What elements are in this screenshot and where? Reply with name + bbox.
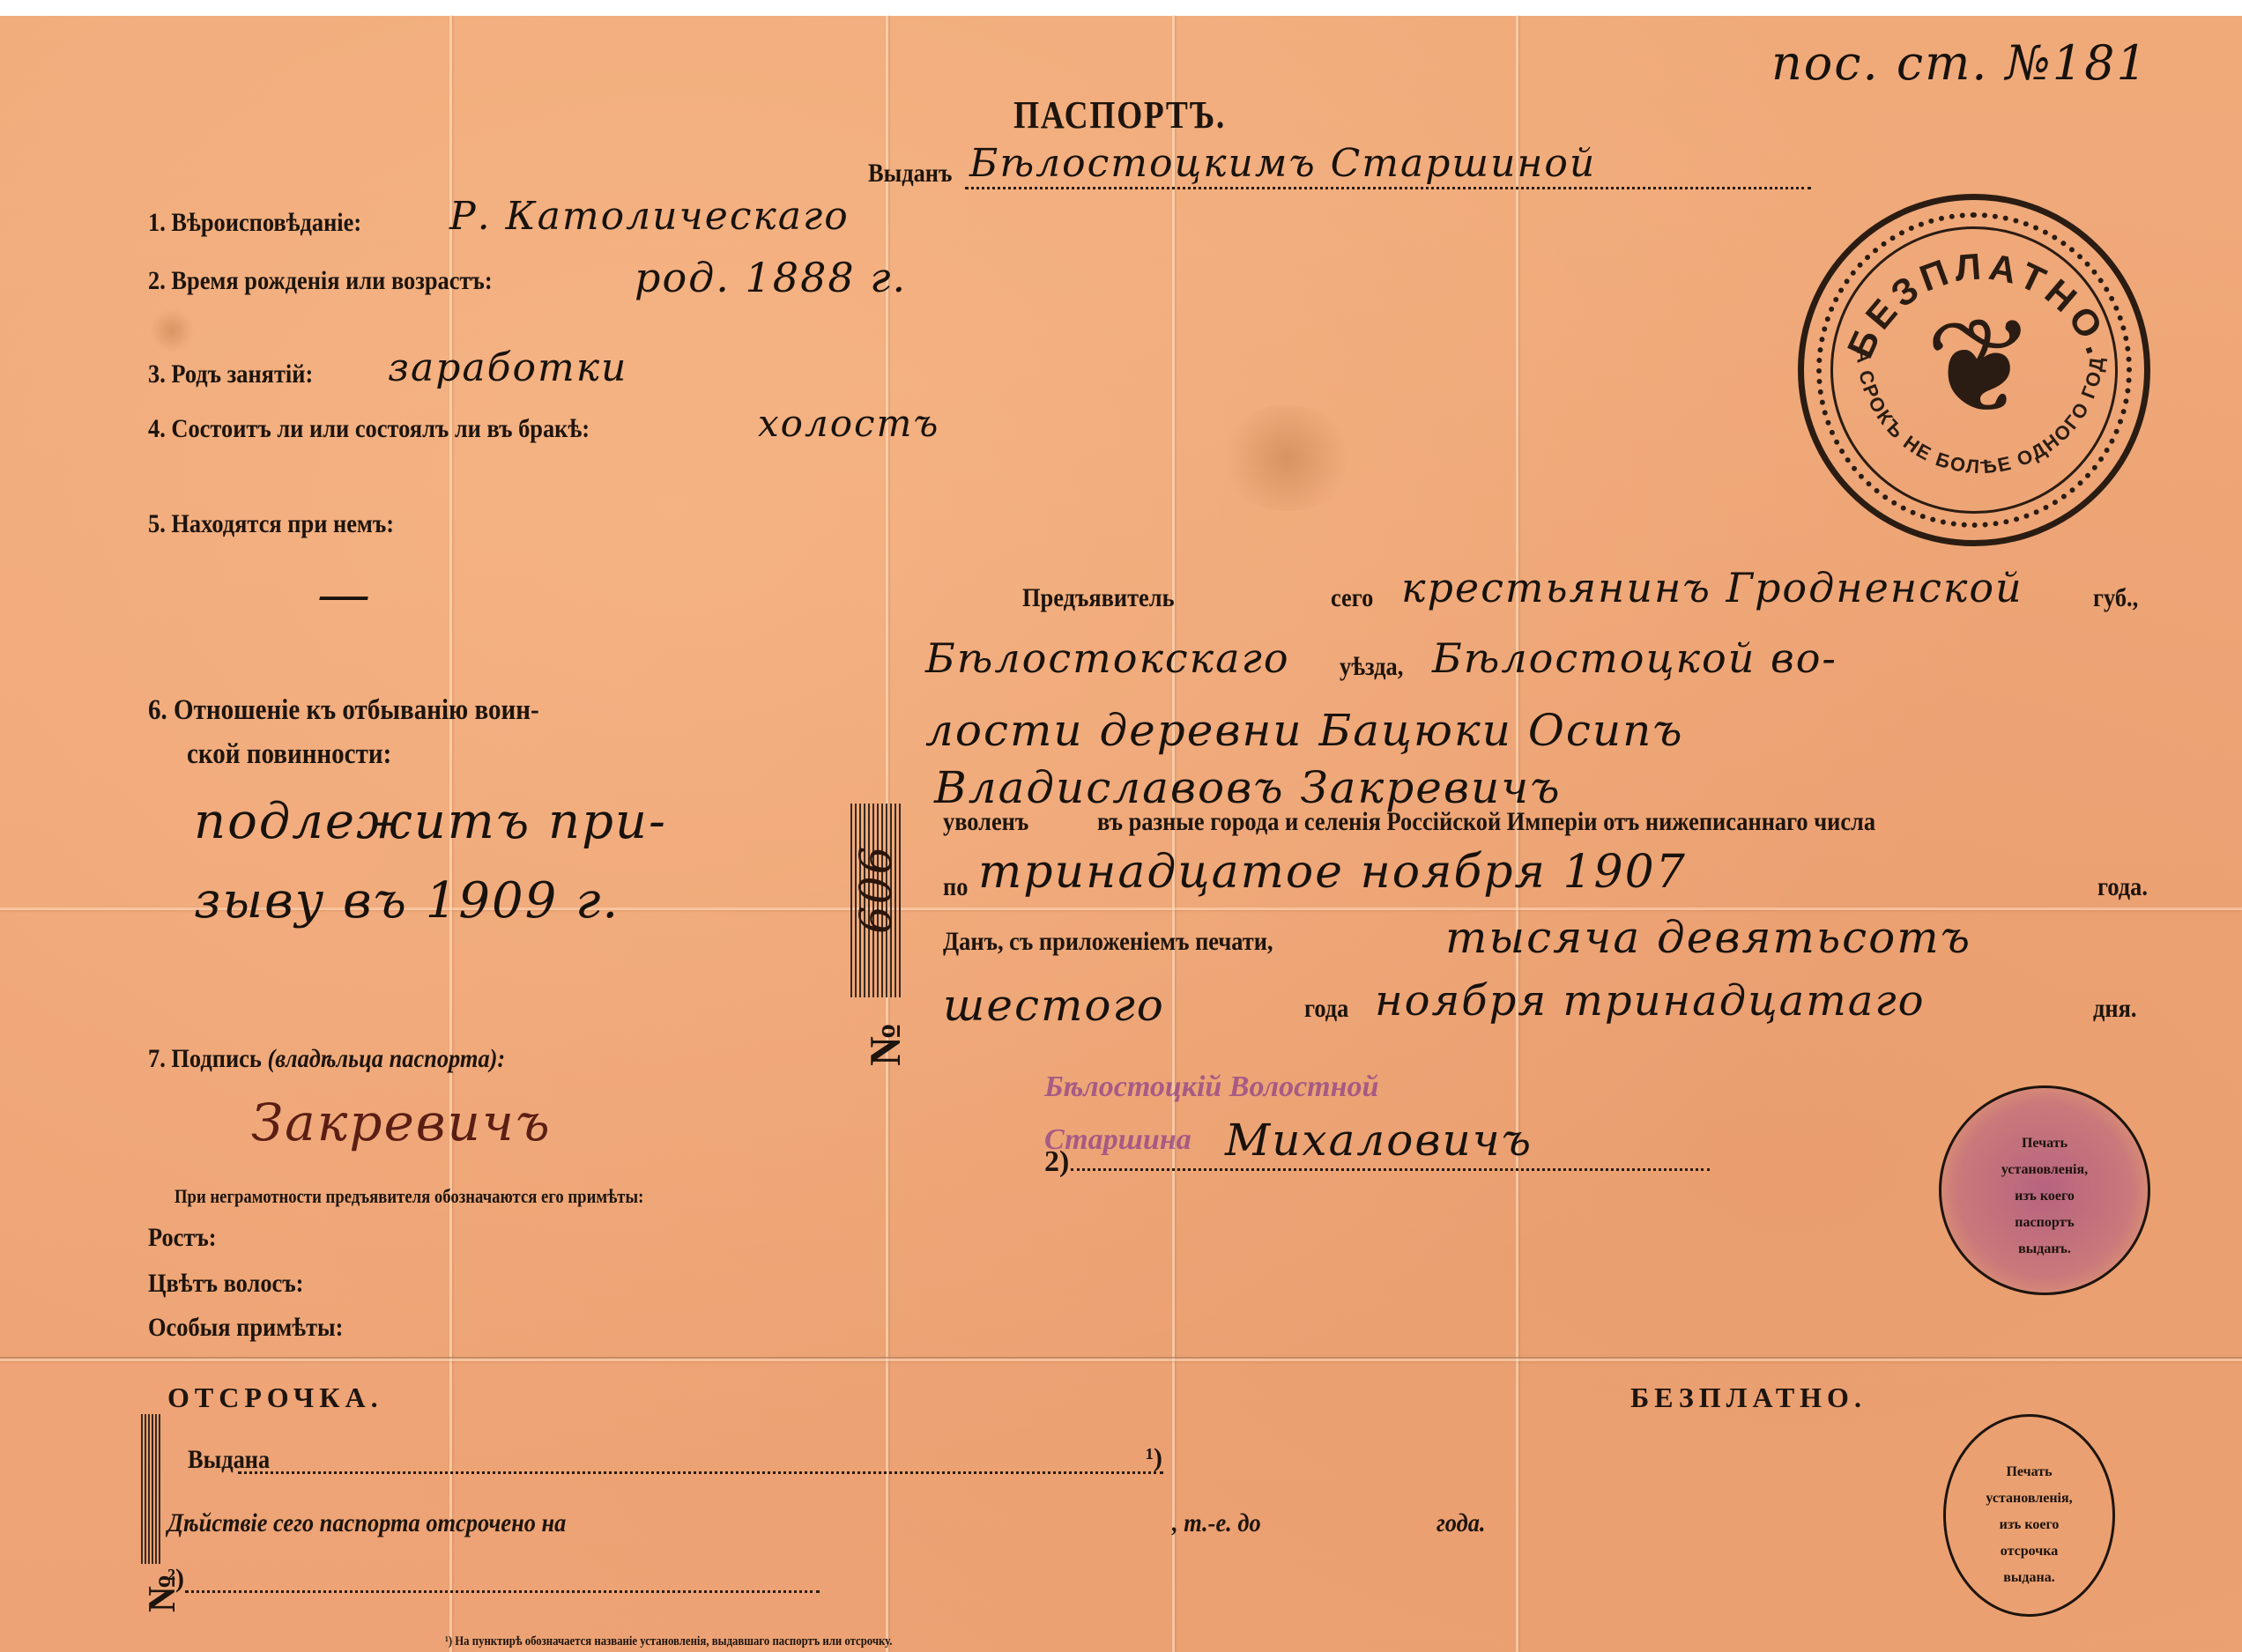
field-with-him: 5. Находятся при немъ: bbox=[148, 509, 394, 539]
hair-label: Цвѣтъ волосъ: bbox=[148, 1269, 303, 1299]
deferral-until-label: , т.-е. до bbox=[1172, 1508, 1261, 1538]
field-birth-value: род. 1888 г. bbox=[635, 254, 907, 301]
given-year-2: шестого bbox=[943, 980, 1165, 1031]
bearer-label: Предъявитель bbox=[1022, 583, 1175, 613]
bearer-line-4: Владиславовъ Закревичъ bbox=[934, 762, 1562, 813]
field-birth: 2. Время рожденія или возрастъ: bbox=[148, 266, 493, 296]
archive-note: пос. ст. №181 bbox=[1771, 35, 2149, 91]
deferral-title: ОТСРОЧКА. bbox=[167, 1382, 383, 1414]
given-label: Данъ, съ приложеніемъ печати, bbox=[943, 927, 1273, 957]
bearer-line-3: лости деревни Бацюки Осипъ bbox=[925, 705, 1684, 756]
deferral-year-label: года. bbox=[1437, 1508, 1485, 1538]
elder-signature: Михаловичъ bbox=[1225, 1115, 1533, 1166]
issuing-seal: Печать установленія, изъ коего паспортъ … bbox=[1939, 1085, 2150, 1295]
released-text: въ разные города и селенія Россійской Им… bbox=[1097, 807, 1875, 837]
stain bbox=[150, 308, 194, 352]
dotted-line bbox=[965, 187, 1811, 189]
free-stamp: БЕЗПЛАТНО. НА СРОКЪ НЕ БОЛѢЕ ОДНОГО ГОДА… bbox=[1798, 194, 2150, 546]
gub-label: губ., bbox=[2093, 583, 2138, 613]
field-military-label: 6. Отношеніе къ отбыванію воин- bbox=[148, 694, 539, 727]
passport-number: 606 bbox=[850, 845, 902, 934]
uezd-label: уѣзда, bbox=[1340, 652, 1403, 682]
this-label: сего bbox=[1331, 583, 1373, 613]
deferral-footnote: ¹) На пунктирѣ обозначается названіе уст… bbox=[445, 1634, 892, 1649]
released-label: уволенъ bbox=[943, 807, 1028, 837]
footnote-mark-2: 2) bbox=[1044, 1145, 1069, 1179]
field-occupation-value: заработки bbox=[388, 345, 627, 390]
marks-label: Особыя примѣты: bbox=[148, 1313, 343, 1343]
until-label: по bbox=[943, 872, 968, 902]
field-with-him-value: — bbox=[317, 564, 372, 626]
given-month-day: ноября тринадцатаго bbox=[1375, 976, 1926, 1026]
deferral-sig-dotted bbox=[185, 1590, 820, 1593]
field-marriage-value: холостъ bbox=[758, 402, 939, 445]
year-label-2: года bbox=[1304, 994, 1348, 1024]
stain bbox=[1216, 405, 1357, 511]
deferral-sig-mark: ²) bbox=[167, 1564, 184, 1594]
deferral-number-box bbox=[141, 1414, 162, 1564]
year-label: года. bbox=[2097, 872, 2148, 902]
deferral-free-label: БЕЗПЛАТНО. bbox=[1630, 1382, 1867, 1414]
height-label: Ростъ: bbox=[148, 1223, 217, 1253]
field-military-label-2: ской повинности: bbox=[187, 738, 391, 771]
illiterate-heading: При неграмотности предъявителя обозначаю… bbox=[174, 1185, 643, 1208]
bearer-line-2b: Бѣлостоцкой во- bbox=[1432, 634, 1837, 682]
until-date: тринадцатое ноября 1907 bbox=[978, 846, 1687, 899]
bearer-line-2a: Бѣлостокскаго bbox=[925, 634, 1290, 682]
page-title: ПАСПОРТЪ. bbox=[1013, 93, 1226, 137]
issued-by-value: Бѣлостоцкимъ Старшиной bbox=[969, 141, 1596, 186]
deferral-issued-dotted bbox=[238, 1471, 1163, 1474]
signature-dotted-line bbox=[1071, 1168, 1710, 1171]
bearer-line-1: крестьянинъ Гродненской bbox=[1401, 564, 2023, 611]
field-military-value-2: зыву въ 1909 г. bbox=[194, 872, 620, 930]
deferral-issued-label: Выдана bbox=[188, 1445, 270, 1475]
deferral-action-label: Дѣйствіе сего паспорта отсрочено на bbox=[167, 1508, 566, 1538]
field-marriage: 4. Состоитъ ли или состоялъ ли въ бракѣ: bbox=[148, 414, 590, 444]
field-occupation: 3. Родъ занятій: bbox=[148, 359, 313, 389]
fold-line bbox=[0, 1357, 2242, 1361]
field-signature-label: 7. Подпись (владѣльца паспорта): bbox=[148, 1044, 505, 1074]
owner-signature: Закревичъ bbox=[251, 1093, 552, 1152]
given-year: тысяча девятьсотъ bbox=[1445, 912, 1971, 963]
day-label: дня. bbox=[2093, 994, 2136, 1024]
deferral-seal: Печать установленія, изъ коего отсрочка … bbox=[1943, 1414, 2115, 1617]
field-religion: 1. Вѣроисповѣданіе: bbox=[148, 208, 361, 238]
double-headed-eagle-icon: ❦ bbox=[1914, 284, 2046, 451]
field-military-value: подлежитъ при- bbox=[194, 793, 667, 850]
volost-stamp-line1: Бѣлостоцкій Волостной bbox=[1044, 1070, 1378, 1104]
issued-by-label: Выданъ bbox=[868, 159, 952, 189]
field-religion-value: Р. Католическаго bbox=[449, 194, 850, 239]
number-sign: № bbox=[859, 1022, 910, 1066]
deferral-issued-mark: ¹) bbox=[1146, 1443, 1162, 1473]
